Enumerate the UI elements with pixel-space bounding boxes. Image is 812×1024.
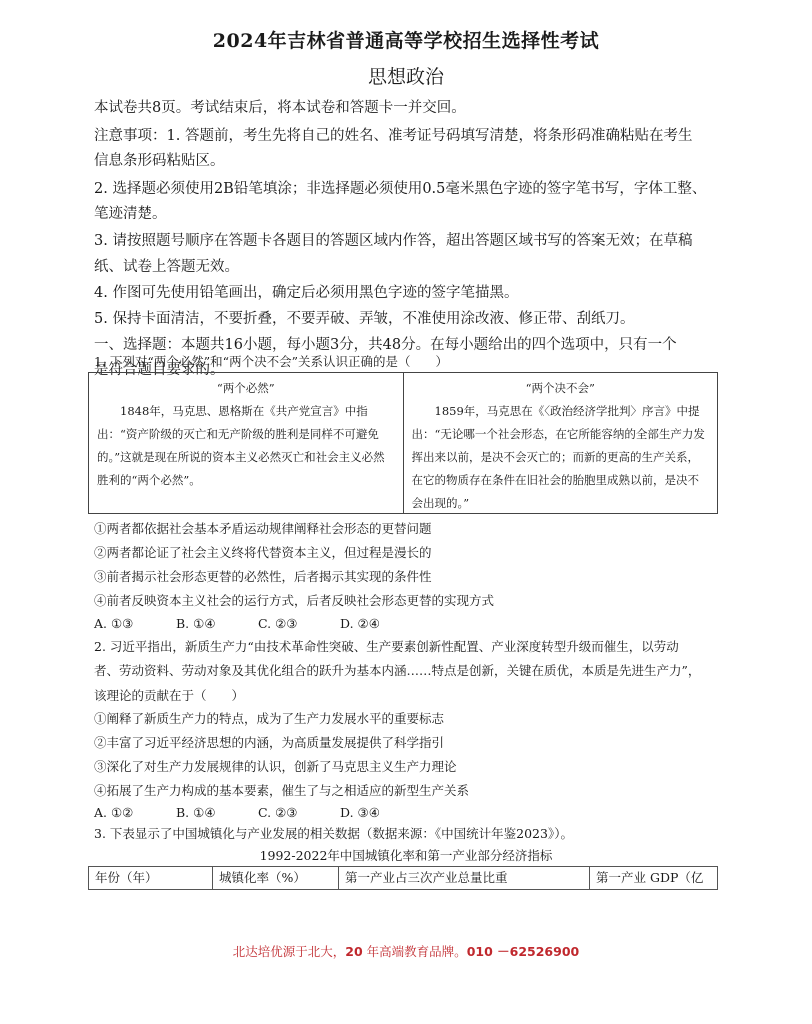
q1-comparison-table: “两个必然” 1848年，马克思、恩格斯在《共产党宣言》中指出：“资产阶级的灭亡… [88,372,718,514]
q2-stem-3: 该理论的贡献在于（ ） [94,686,734,704]
q1-option-1: ①两者都依据社会基本矛盾运动规律阐释社会形态的更替问题 [94,519,734,537]
table-cell-two-nevers: “两个决不会” 1859年，马克思在《〈政治经济学批判〉序言》中提出：“无论哪一… [403,373,718,513]
notice-3: 3. 请按照题号顺序在答题卡各题目的答题区域内作答，超出答题区域书写的答案无效；… [94,229,734,250]
choice-a: A. ①③ [94,616,176,631]
notice-4: 4. 作图可先使用铅笔画出，确定后必须用黑色字迹的签字笔描黑。 [94,281,734,302]
q2-choices: A. ①②B. ①④C. ②③D. ③④ [94,805,734,820]
exam-title: 2024年吉林省普通高等学校招生选择性考试 [0,26,812,53]
q2-option-3: ③深化了对生产力发展规律的认识，创新了马克思主义生产力理论 [94,757,734,775]
column-header-year: 年份（年） [89,867,212,889]
footer-advertisement: 北达培优源于北大，20 年高端教育品牌。010 －62526900 [0,942,812,960]
notice-1: 注意事项：1. 答题前，考生先将自己的姓名、准考证号码填写清楚，将条形码准确粘贴… [94,124,734,145]
q1-stem: 1. 下列对“两个必然”和“两个决不会”关系认识正确的是（ ） [94,352,734,370]
q2-option-1: ①阐释了新质生产力的特点，成为了生产力发展水平的重要标志 [94,709,734,727]
table-cell-text: 1848年，马克思、恩格斯在《共产党宣言》中指出：“资产阶级的灭亡和无产阶级的胜… [97,400,395,492]
choice-d: D. ③④ [340,805,380,820]
q2-stem-2: 者、劳动资料、劳动对象及其优化组合的跃升为基本内涵……特点是创新，关键在质优，本… [94,661,734,679]
notice-1-cont: 信息条形码粘贴区。 [94,149,734,170]
q1-option-3: ③前者揭示社会形态更替的必然性，后者揭示其实现的条件性 [94,567,734,585]
table-cell-heading: “两个决不会” [412,377,710,400]
intro-line: 本试卷共8页。考试结束后，将本试卷和答题卡一并交回。 [94,96,734,117]
table-cell-heading: “两个必然” [97,377,395,400]
column-header-primary-share: 第一产业占三次产业总量比重 [338,867,589,889]
choice-d: D. ②④ [340,616,380,631]
notice-label: 注意事项： [94,128,167,144]
choice-c: C. ②③ [258,616,340,631]
column-header-urbanization: 城镇化率（%） [212,867,338,889]
table-cell-two-inevitabilities: “两个必然” 1848年，马克思、恩格斯在《共产党宣言》中指出：“资产阶级的灭亡… [89,373,403,513]
section-header: 一、选择题：本题共16小题，每小题3分，共48分。在每小题给出的四个选项中，只有… [94,333,734,354]
choice-b: B. ①④ [176,616,258,631]
exam-page: 2024年吉林省普通高等学校招生选择性考试 思想政治 本试卷共8页。考试结束后，… [0,0,812,1024]
choice-b: B. ①④ [176,805,258,820]
q3-table-caption: 1992-2022年中国城镇化率和第一产业部分经济指标 [0,846,812,864]
q2-option-2: ②丰富了习近平经济思想的内涵，为高质量发展提供了科学指引 [94,733,734,751]
q2-option-4: ④拓展了生产力构成的基本要素，催生了与之相适应的新型生产关系 [94,781,734,799]
notice-2: 2. 选择题必须使用2B铅笔填涂；非选择题必须使用0.5毫米黑色字迹的签字笔书写… [94,177,734,198]
choice-c: C. ②③ [258,805,340,820]
notice-3-cont: 纸、试卷上答题无效。 [94,255,734,276]
notice-2-cont: 笔迹清楚。 [94,202,734,223]
exam-subject: 思想政治 [0,62,812,89]
q1-option-4: ④前者反映资本主义社会的运行方式，后者反映社会形态更替的实现方式 [94,591,734,609]
table-cell-text: 1859年，马克思在《〈政治经济学批判〉序言》中提出：“无论哪一个社会形态，在它… [412,400,710,515]
q2-stem-1: 2. 习近平指出，新质生产力“由技术革命性突破、生产要素创新性配置、产业深度转型… [94,637,734,655]
q1-option-2: ②两者都论证了社会主义终将代替资本主义，但过程是漫长的 [94,543,734,561]
q3-data-table-header: 年份（年） 城镇化率（%） 第一产业占三次产业总量比重 第一产业 GDP（亿 [88,866,718,890]
choice-a: A. ①② [94,805,176,820]
notice-5: 5. 保持卡面清洁，不要折叠，不要弄破、弄皱，不准使用涂改液、修正带、刮纸刀。 [94,307,734,328]
q3-stem: 3. 下表显示了中国城镇化与产业发展的相关数据（数据来源：《中国统计年鉴2023… [94,824,734,842]
phone-number: 010 －62526900 [467,944,580,959]
column-header-primary-gdp: 第一产业 GDP（亿 [589,867,717,889]
q1-choices: A. ①③B. ①④C. ②③D. ②④ [94,616,734,631]
